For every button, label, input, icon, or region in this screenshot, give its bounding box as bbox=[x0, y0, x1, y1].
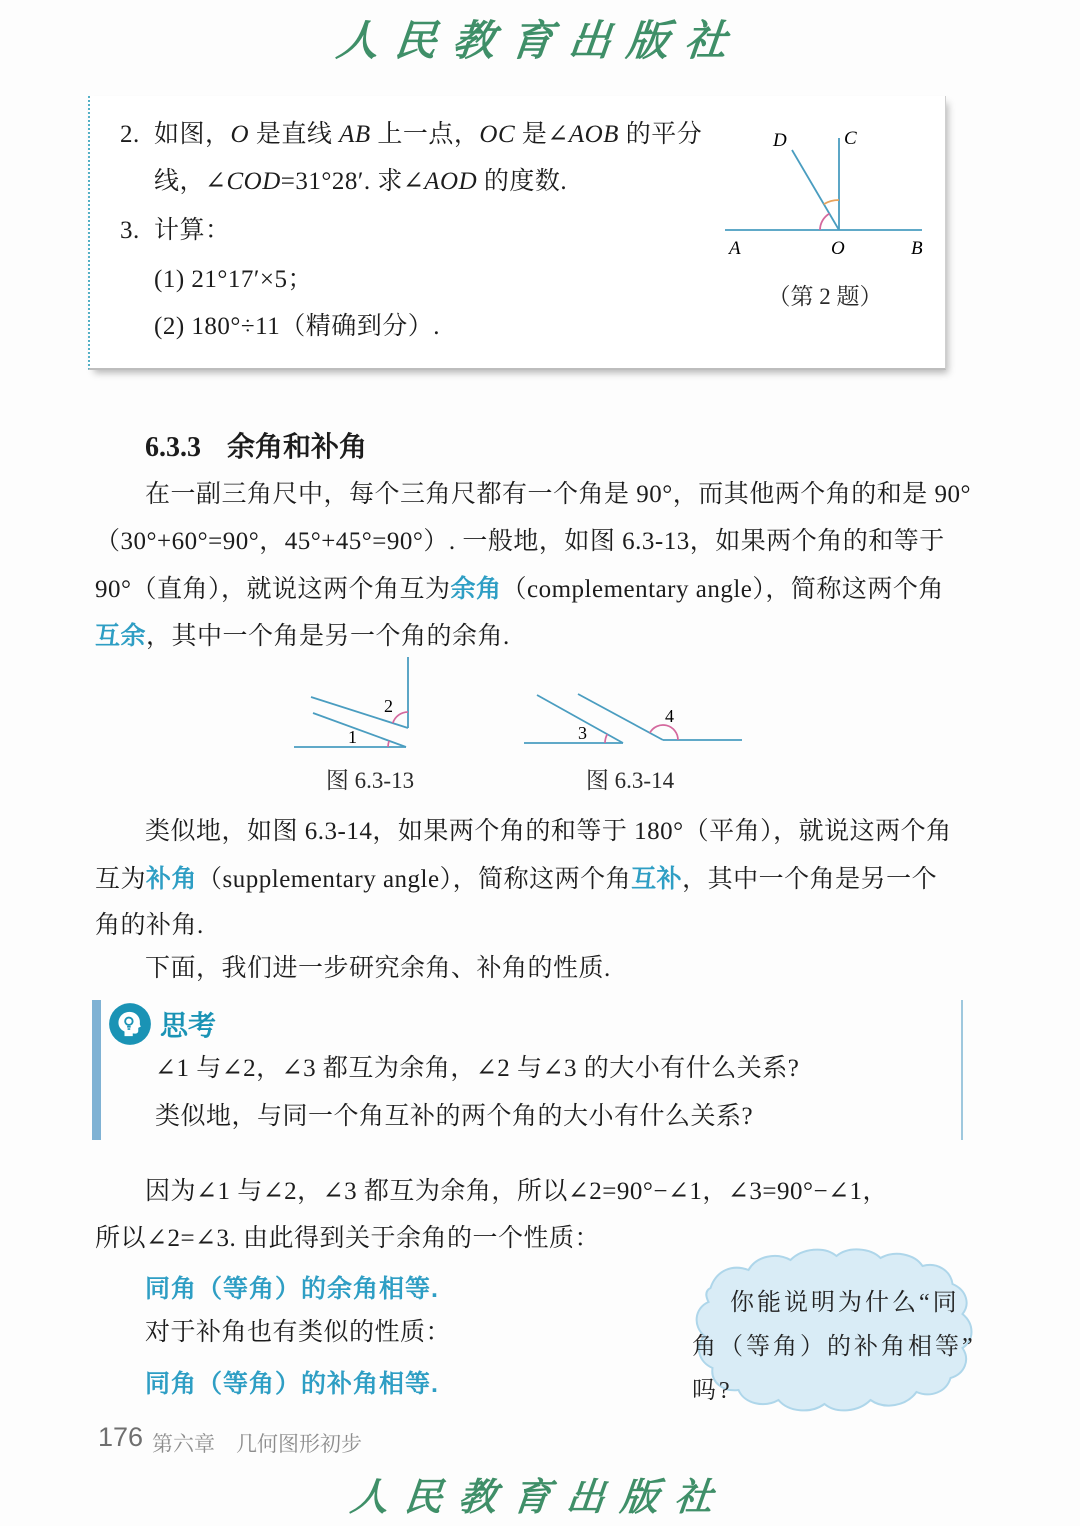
think-line1: ∠1 与∠2，∠3 都互为余角，∠2 与∠3 的大小有什么关系? bbox=[155, 1052, 799, 1086]
para3-line1: 下面，我们进一步研究余角、补角的性质. bbox=[145, 952, 611, 986]
fig13-upper-slant-ray bbox=[311, 697, 408, 728]
problem-2-marker: 2. bbox=[120, 118, 140, 152]
label-O: O bbox=[831, 238, 845, 259]
figure-6-3-13: 1 2 bbox=[288, 648, 458, 758]
label-C: C bbox=[844, 128, 857, 149]
para2-line1: 类似地，如图 6.3-14，如果两个角的和等于 180°（平角），就说这两个角 bbox=[145, 815, 952, 849]
exercise-card: 2. 如图，O 是直线 AB 上一点，OC 是∠AOB 的平分 线，∠COD=3… bbox=[88, 96, 946, 370]
fig13-caption: 图 6.3-13 bbox=[300, 762, 440, 795]
fig14-angle3-label: 3 bbox=[578, 723, 587, 743]
fig13-lower-slant-ray bbox=[313, 713, 406, 747]
think-box-right-edge bbox=[961, 1000, 963, 1140]
problem-3-label: 计算： bbox=[154, 214, 231, 248]
section-title: 余角和补角 bbox=[227, 431, 367, 462]
problem-3-item-2: (2) 180°÷11（精确到分）. bbox=[154, 310, 440, 344]
complementary-property: 同角（等角）的余角相等. bbox=[145, 1269, 439, 1305]
publisher-logo-bottom: 人民教育出版社 bbox=[0, 1466, 1080, 1521]
fig14-arc-angle4 bbox=[650, 725, 678, 740]
section-heading: 6.3.3余角和补角 bbox=[145, 425, 367, 465]
problem-3-item-1: (1) 21°17′×5； bbox=[154, 263, 313, 297]
fig14-arc-angle3 bbox=[605, 734, 607, 743]
para4-line1: 因为∠1 与∠2，∠3 都互为余角，所以∠2=90°−∠1，∠3=90°−∠1， bbox=[145, 1175, 888, 1209]
fig14-angle4-label: 4 bbox=[665, 706, 674, 726]
para4-line2: 所以∠2=∠3. 由此得到关于余角的一个性质： bbox=[95, 1222, 600, 1256]
think-box-left-bar bbox=[92, 1000, 101, 1140]
fig13-angle2-label: 2 bbox=[384, 696, 393, 716]
label-B: B bbox=[911, 238, 923, 259]
problem-2-line-2: 线，∠COD=31°28′. 求∠AOD 的度数. bbox=[154, 165, 567, 199]
problem-2-line-1: 如图，O 是直线 AB 上一点，OC 是∠AOB 的平分 bbox=[154, 118, 702, 152]
think-line2: 类似地，与同一个角互补的两个角的大小有什么关系? bbox=[155, 1100, 753, 1134]
problem-2-angle-diagram: A O B C D bbox=[717, 110, 932, 270]
label-A: A bbox=[727, 238, 741, 259]
cloud-line2: 角（等角）的补角相等” bbox=[692, 1326, 976, 1361]
problem-2-figure-caption: （第 2 题） bbox=[750, 278, 900, 311]
section-number: 6.3.3 bbox=[145, 432, 201, 463]
para2-line3: 角的补角. bbox=[95, 909, 204, 943]
para5-line1: 对于补角也有类似的性质： bbox=[145, 1316, 451, 1350]
publisher-logo-top: 人民教育出版社 bbox=[0, 8, 1080, 68]
arc-DOC bbox=[824, 200, 839, 204]
para2-line2: 互为补角（supplementary angle），简称这两个角互补，其中一个角… bbox=[95, 862, 937, 897]
think-icon bbox=[108, 1002, 152, 1046]
para1-line3: 90°（直角），就说这两个角互为余角（complementary angle），… bbox=[95, 572, 944, 607]
fig13-arc-angle1 bbox=[388, 741, 389, 747]
textbook-page: 人民教育出版社 2. 如图，O 是直线 AB 上一点，OC 是∠AOB 的平分 … bbox=[0, 0, 1080, 1526]
para1-line1: 在一副三角尺中，每个三角尺都有一个角是 90°，而其他两个角的和是 90° bbox=[145, 478, 971, 512]
para1-line2: （30°+60°=90°，45°+45°=90°）. 一般地，如图 6.3-13… bbox=[95, 525, 945, 559]
cloud-line3: 吗? bbox=[692, 1370, 733, 1405]
think-box-title: 思考 bbox=[160, 1004, 216, 1044]
label-D: D bbox=[772, 130, 787, 151]
page-number: 176 bbox=[98, 1422, 143, 1453]
figure-6-3-14: 3 4 bbox=[518, 648, 748, 758]
fig13-angle1-label: 1 bbox=[348, 727, 357, 747]
ray-OD bbox=[792, 150, 839, 230]
chapter-label: 第六章 几何图形初步 bbox=[152, 1428, 362, 1458]
fig14-caption: 图 6.3-14 bbox=[560, 762, 700, 795]
problem-3-marker: 3. bbox=[120, 214, 140, 248]
fig13-arc-angle2 bbox=[393, 712, 408, 723]
supplementary-property: 同角（等角）的补角相等. bbox=[145, 1364, 439, 1400]
cloud-bubble: 你能说明为什么“同 角（等角）的补角相等” 吗? bbox=[672, 1238, 997, 1418]
arc-AOD bbox=[820, 214, 829, 230]
think-box: 思考 ∠1 与∠2，∠3 都互为余角，∠2 与∠3 的大小有什么关系? 类似地，… bbox=[92, 1000, 963, 1140]
cloud-line1: 你能说明为什么“同 bbox=[730, 1282, 960, 1317]
